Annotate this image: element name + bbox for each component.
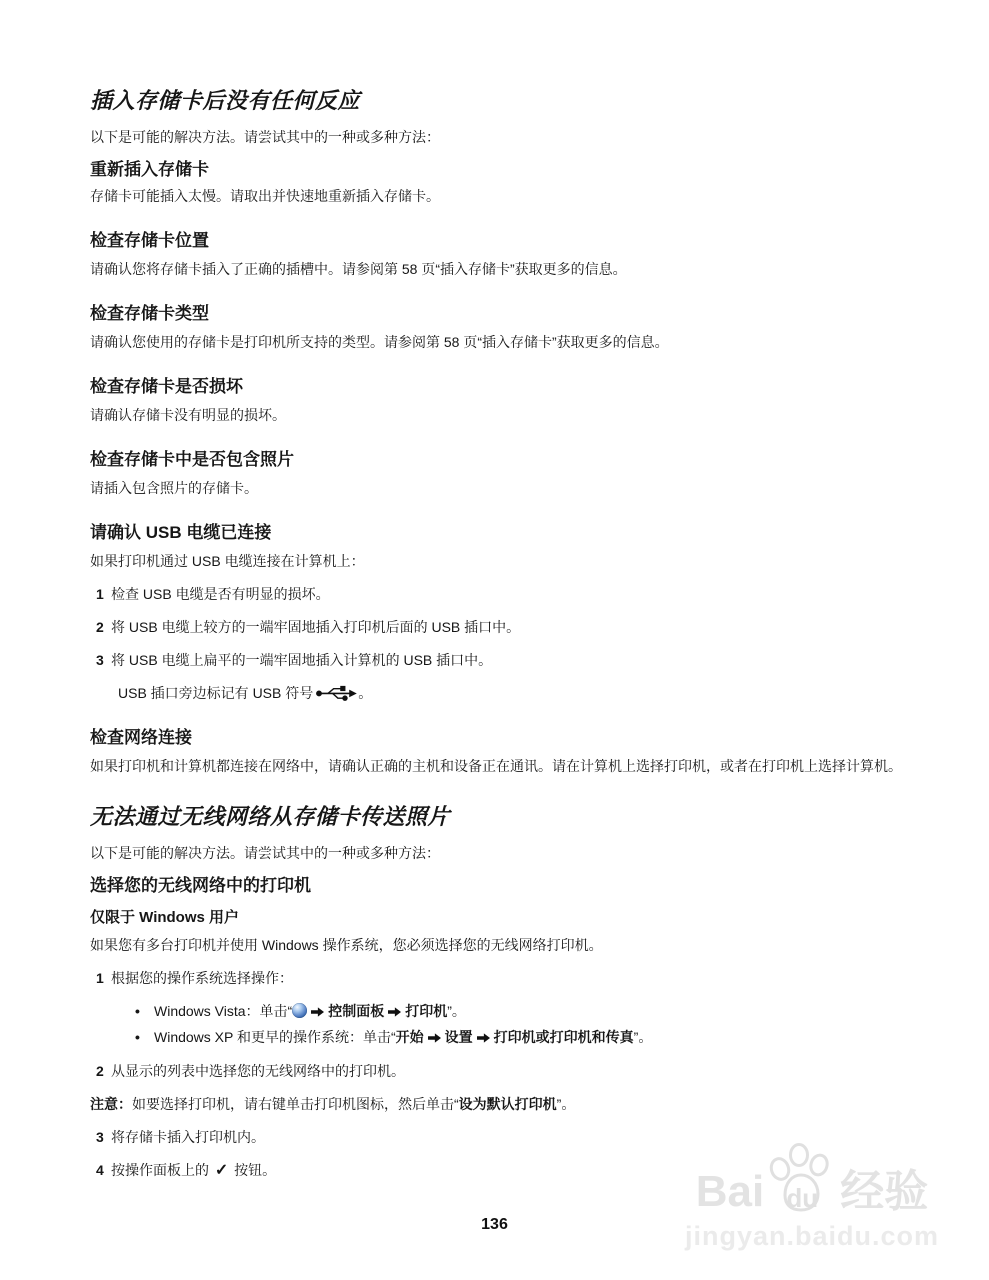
baidu-jingyan-watermark: Bai du 经验 jingyan.baidu.com	[677, 1143, 947, 1252]
text-run: 请确认存储卡没有明显的损坏。	[90, 407, 286, 423]
bold-text: 设为默认打印机	[459, 1096, 557, 1112]
step-number: 1	[90, 968, 111, 988]
text-run: 以下是可能的解决方法。请尝试其中的一种或多种方法：	[90, 129, 440, 145]
watermark-url: jingyan.baidu.com	[677, 1221, 947, 1252]
bullet-icon: •	[135, 1027, 154, 1048]
step-number: 4	[90, 1160, 111, 1181]
text-run: ”。	[557, 1096, 576, 1112]
text-run: ”。	[447, 1003, 466, 1019]
step-number: 1	[90, 584, 111, 604]
text-run: 根据您的操作系统选择操作：	[111, 970, 293, 986]
section-title: 无法通过无线网络从存储卡传送照片	[90, 800, 912, 831]
step-item: 3将 USB 电缆上扁平的一端牢固地插入计算机的 USB 插口中。	[90, 650, 912, 670]
check-icon: ✓	[213, 1162, 230, 1179]
step-text: 将 USB 电缆上较方的一端牢固地插入打印机后面的 USB 插口中。	[111, 617, 912, 637]
bullet-icon: •	[135, 1001, 154, 1022]
text-run: USB 插口旁边标记有 USB 符号	[118, 685, 313, 701]
text-run: 如果打印机通过 USB 电缆连接在计算机上：	[90, 553, 365, 569]
bullet-item: •Windows Vista：单击“控制面板打印机”。	[135, 1001, 912, 1022]
watermark-brand-bai: Bai	[696, 1167, 764, 1217]
watermark-brand-jingyan: 经验	[840, 1167, 928, 1217]
step-item: 2从显示的列表中选择您的无线网络中的打印机。	[90, 1061, 912, 1081]
paragraph: 请确认您将存储卡插入了正确的插槽中。请参阅第 58 页“插入存储卡”获取更多的信…	[90, 259, 912, 279]
paragraph: 如果打印机和计算机都连接在网络中，请确认正确的主机和设备正在通讯。请在计算机上选…	[90, 756, 912, 776]
document-content: 插入存储卡后没有任何反应以下是可能的解决方法。请尝试其中的一种或多种方法：重新插…	[90, 84, 912, 1194]
step-number: 2	[90, 1061, 111, 1081]
text-run: 存储卡可能插入太慢。请取出并快速地重新插入存储卡。	[90, 188, 440, 204]
text-run: 将 USB 电缆上扁平的一端牢固地插入计算机的 USB 插口中。	[111, 652, 492, 668]
bullet-item: •Windows XP 和更早的操作系统：单击“开始设置打印机或打印机和传真”。	[135, 1027, 912, 1048]
text-run: 将存储卡插入打印机内。	[111, 1129, 265, 1145]
arrow-right-icon	[388, 1007, 401, 1017]
step-number: 3	[90, 650, 111, 670]
sub-heading: 仅限于 Windows 用户	[90, 906, 912, 927]
text-run: 请确认您使用的存储卡是打印机所支持的类型。请参阅第 58 页“插入存储卡”获取更…	[90, 334, 669, 350]
step-text: 根据您的操作系统选择操作：	[111, 968, 912, 988]
text-run: 将 USB 电缆上较方的一端牢固地插入打印机后面的 USB 插口中。	[111, 619, 520, 635]
arrow-right-icon	[311, 1007, 324, 1017]
solution-heading: 检查存储卡是否损坏	[90, 372, 912, 397]
text-run: 按操作面板上的	[111, 1162, 213, 1178]
paragraph: 以下是可能的解决方法。请尝试其中的一种或多种方法：	[90, 843, 912, 863]
paragraph: 请确认您使用的存储卡是打印机所支持的类型。请参阅第 58 页“插入存储卡”获取更…	[90, 332, 912, 352]
solution-heading: 选择您的无线网络中的打印机	[90, 871, 912, 896]
step-text: 检查 USB 电缆是否有明显的损坏。	[111, 584, 912, 604]
paragraph: 请插入包含照片的存储卡。	[90, 478, 912, 498]
paragraph: 如果您有多台打印机并使用 Windows 操作系统，您必须选择您的无线网络打印机…	[90, 935, 912, 955]
usb-symbol-icon	[315, 684, 357, 701]
step-number: 2	[90, 617, 111, 637]
bold-text: 打印机	[405, 1003, 447, 1019]
paragraph: 请确认存储卡没有明显的损坏。	[90, 405, 912, 425]
step-item: 2将 USB 电缆上较方的一端牢固地插入打印机后面的 USB 插口中。	[90, 617, 912, 637]
text-run: 如要选择打印机，请右键单击打印机图标，然后单击“	[132, 1096, 459, 1112]
paragraph: 以下是可能的解决方法。请尝试其中的一种或多种方法：	[90, 127, 912, 147]
step-number: 3	[90, 1127, 111, 1147]
section-title: 插入存储卡后没有任何反应	[90, 84, 912, 115]
step-item: 1根据您的操作系统选择操作：	[90, 968, 912, 988]
step-text: 将 USB 电缆上扁平的一端牢固地插入计算机的 USB 插口中。	[111, 650, 912, 670]
bold-text: 注意：	[90, 1096, 132, 1112]
arrow-right-icon	[477, 1033, 490, 1043]
bullet-text: Windows Vista：单击“控制面板打印机”。	[154, 1001, 912, 1022]
text-run: ”。	[634, 1029, 653, 1045]
text-run: 。	[358, 685, 372, 701]
bold-text: 打印机或打印机和传真	[494, 1029, 634, 1045]
paragraph: 存储卡可能插入太慢。请取出并快速地重新插入存储卡。	[90, 186, 912, 206]
arrow-right-icon	[428, 1033, 441, 1043]
note-paragraph: 注意：如要选择打印机，请右键单击打印机图标，然后单击“设为默认打印机”。	[90, 1094, 912, 1114]
solution-heading: 重新插入存储卡	[90, 155, 912, 180]
text-run: 如果打印机和计算机都连接在网络中，请确认正确的主机和设备正在通讯。请在计算机上选…	[90, 758, 902, 774]
watermark-brand-du: du	[786, 1185, 818, 1211]
bold-text: 开始	[396, 1029, 424, 1045]
paragraph: 如果打印机通过 USB 电缆连接在计算机上：	[90, 551, 912, 571]
text-run: 按钮。	[230, 1162, 276, 1178]
step-text: 从显示的列表中选择您的无线网络中的打印机。	[111, 1061, 912, 1081]
text-run: 如果您有多台打印机并使用 Windows 操作系统，您必须选择您的无线网络打印机…	[90, 937, 603, 953]
solution-heading: 检查网络连接	[90, 723, 912, 748]
text-run: Windows Vista：单击“	[154, 1003, 292, 1019]
text-run: 检查 USB 电缆是否有明显的损坏。	[111, 586, 330, 602]
text-run: 请确认您将存储卡插入了正确的插槽中。请参阅第 58 页“插入存储卡”获取更多的信…	[90, 261, 627, 277]
bold-text: 控制面板	[328, 1003, 384, 1019]
solution-heading: 检查存储卡位置	[90, 226, 912, 251]
bold-text: 设置	[445, 1029, 473, 1045]
manual-page: 插入存储卡后没有任何反应以下是可能的解决方法。请尝试其中的一种或多种方法：重新插…	[0, 0, 989, 1280]
paragraph: USB 插口旁边标记有 USB 符号。	[118, 683, 912, 703]
solution-heading: 请确认 USB 电缆已连接	[90, 518, 912, 543]
watermark-paw-block: du	[766, 1143, 838, 1217]
bullet-text: Windows XP 和更早的操作系统：单击“开始设置打印机或打印机和传真”。	[154, 1027, 912, 1048]
watermark-brand-row: Bai du 经验	[677, 1143, 947, 1217]
solution-heading: 检查存储卡类型	[90, 299, 912, 324]
text-run: Windows XP 和更早的操作系统：单击“	[154, 1029, 396, 1045]
text-run: 从显示的列表中选择您的无线网络中的打印机。	[111, 1063, 405, 1079]
vista-orb-icon	[292, 1003, 307, 1018]
text-run: 以下是可能的解决方法。请尝试其中的一种或多种方法：	[90, 845, 440, 861]
step-item: 1检查 USB 电缆是否有明显的损坏。	[90, 584, 912, 604]
text-run: 请插入包含照片的存储卡。	[90, 480, 258, 496]
solution-heading: 检查存储卡中是否包含照片	[90, 445, 912, 470]
